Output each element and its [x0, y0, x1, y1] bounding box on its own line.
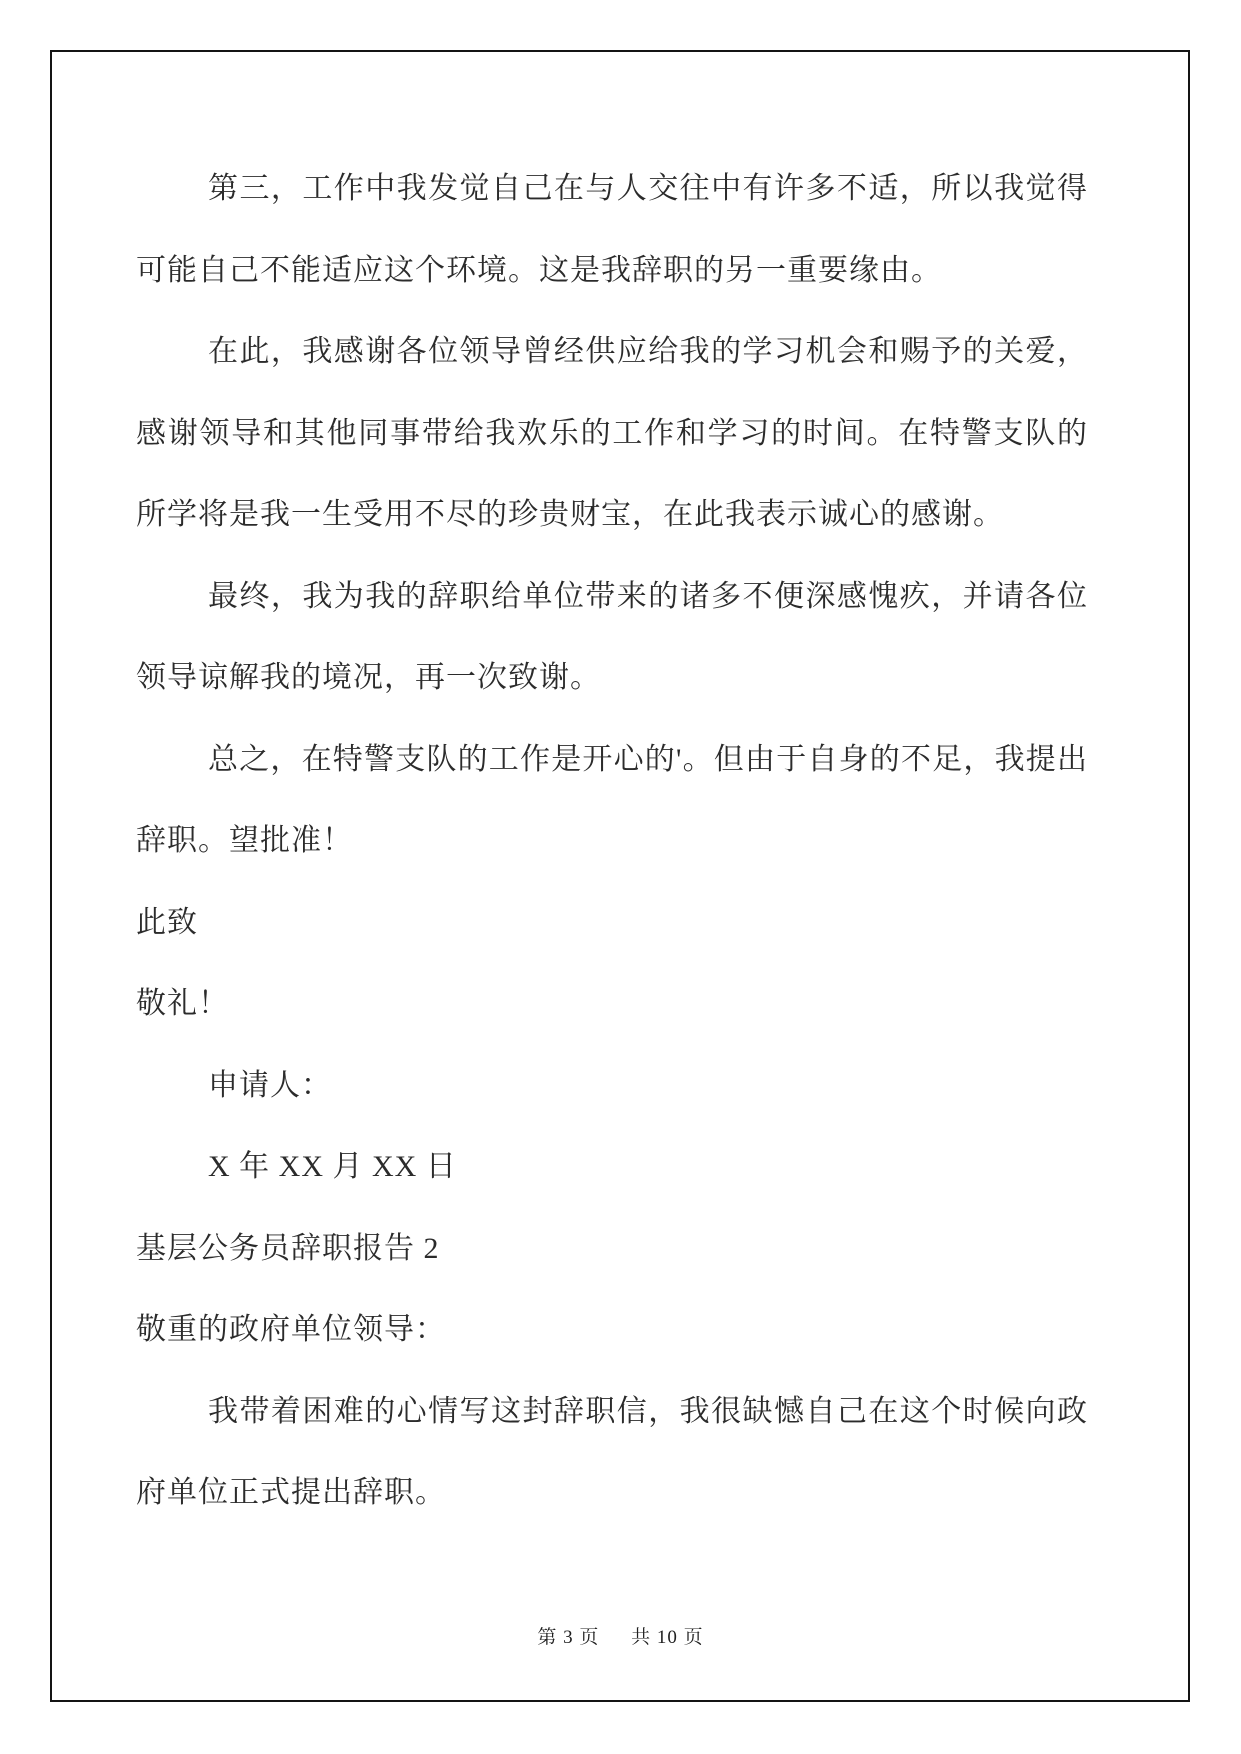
text-line: 申请人： [136, 1045, 1088, 1127]
text-line: 所学将是我一生受用不尽的珍贵财宝，在此我表示诚心的感谢。 [136, 474, 1088, 556]
page-number-total: 共 10 页 [631, 1627, 704, 1648]
text-line: 总之，在特警支队的工作是开心的'。但由于自身的不足，我提出 [136, 719, 1088, 801]
text-line: 感谢领导和其他同事带给我欢乐的工作和学习的时间。在特警支队的 [136, 393, 1088, 475]
text-line: 领导谅解我的境况，再一次致谢。 [136, 637, 1088, 719]
text-line: X 年 XX 月 XX 日 [136, 1126, 1088, 1208]
text-line: 我带着困难的心情写这封辞职信，我很缺憾自己在这个时候向政 [136, 1371, 1088, 1453]
text-line: 敬礼！ [136, 963, 1088, 1045]
document-page: 第三，工作中我发觉自己在与人交往中有许多不适，所以我觉得可能自己不能适应这个环境… [0, 0, 1241, 1754]
text-line: 基层公务员辞职报告 2 [136, 1208, 1088, 1290]
text-line: 在此，我感谢各位领导曾经供应给我的学习机会和赐予的关爱， [136, 311, 1088, 393]
text-line: 最终，我为我的辞职给单位带来的诸多不便深感愧疚，并请各位 [136, 556, 1088, 638]
text-line: 敬重的政府单位领导： [136, 1289, 1088, 1371]
document-body: 第三，工作中我发觉自己在与人交往中有许多不适，所以我觉得可能自己不能适应这个环境… [136, 148, 1088, 1534]
text-line: 第三，工作中我发觉自己在与人交往中有许多不适，所以我觉得 [136, 148, 1088, 230]
page-number-current: 第 3 页 [537, 1627, 599, 1648]
page-footer: 第 3 页 共 10 页 [0, 1622, 1241, 1649]
text-line: 府单位正式提出辞职。 [136, 1452, 1088, 1534]
text-line: 可能自己不能适应这个环境。这是我辞职的另一重要缘由。 [136, 230, 1088, 312]
text-line: 辞职。望批准！ [136, 800, 1088, 882]
text-line: 此致 [136, 882, 1088, 964]
